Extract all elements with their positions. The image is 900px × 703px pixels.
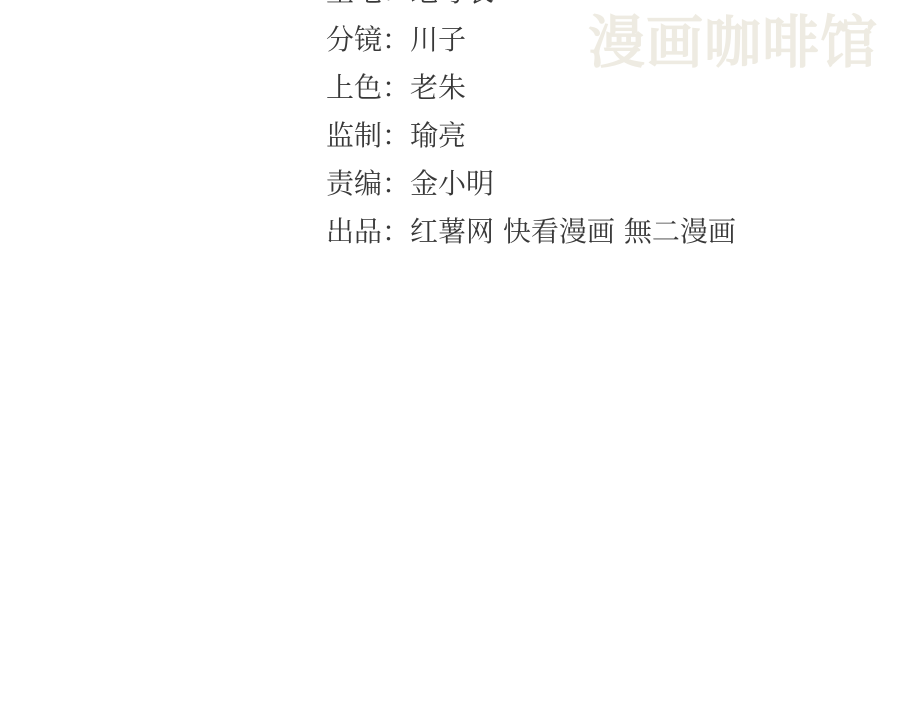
credit-label: 分镜： — [326, 23, 410, 56]
credit-line-editor: 责编：金小明 — [326, 160, 736, 208]
comic-credits-page: 漫画咖啡馆 主笔：绝写表 分镜：川子 上色：老朱 监制：瑜亮 责编：金小明 出品… — [0, 0, 900, 703]
credit-label: 出品： — [326, 215, 410, 248]
credit-label: 上色： — [326, 71, 410, 104]
credit-line-supervisor: 监制：瑜亮 — [326, 112, 736, 160]
credit-value: 川子 — [410, 23, 466, 56]
credit-value: 瑜亮 — [410, 119, 466, 152]
credit-label: 监制： — [326, 119, 410, 152]
credits-block: 主笔：绝写表 分镜：川子 上色：老朱 监制：瑜亮 责编：金小明 出品：红薯网 快… — [326, 0, 736, 256]
credit-value: 绝写表 — [410, 0, 494, 8]
credit-value: 红薯网 快看漫画 無二漫画 — [410, 215, 736, 248]
credit-label: 主笔： — [326, 0, 410, 8]
credit-value: 金小明 — [410, 167, 494, 200]
credit-line-coloring: 上色：老朱 — [326, 64, 736, 112]
credit-line-cropped-top: 主笔：绝写表 — [326, 0, 736, 16]
credit-line-production: 出品：红薯网 快看漫画 無二漫画 — [326, 208, 736, 256]
credit-line-storyboard: 分镜：川子 — [326, 16, 736, 64]
credit-value: 老朱 — [410, 71, 466, 104]
credit-label: 责编： — [326, 167, 410, 200]
